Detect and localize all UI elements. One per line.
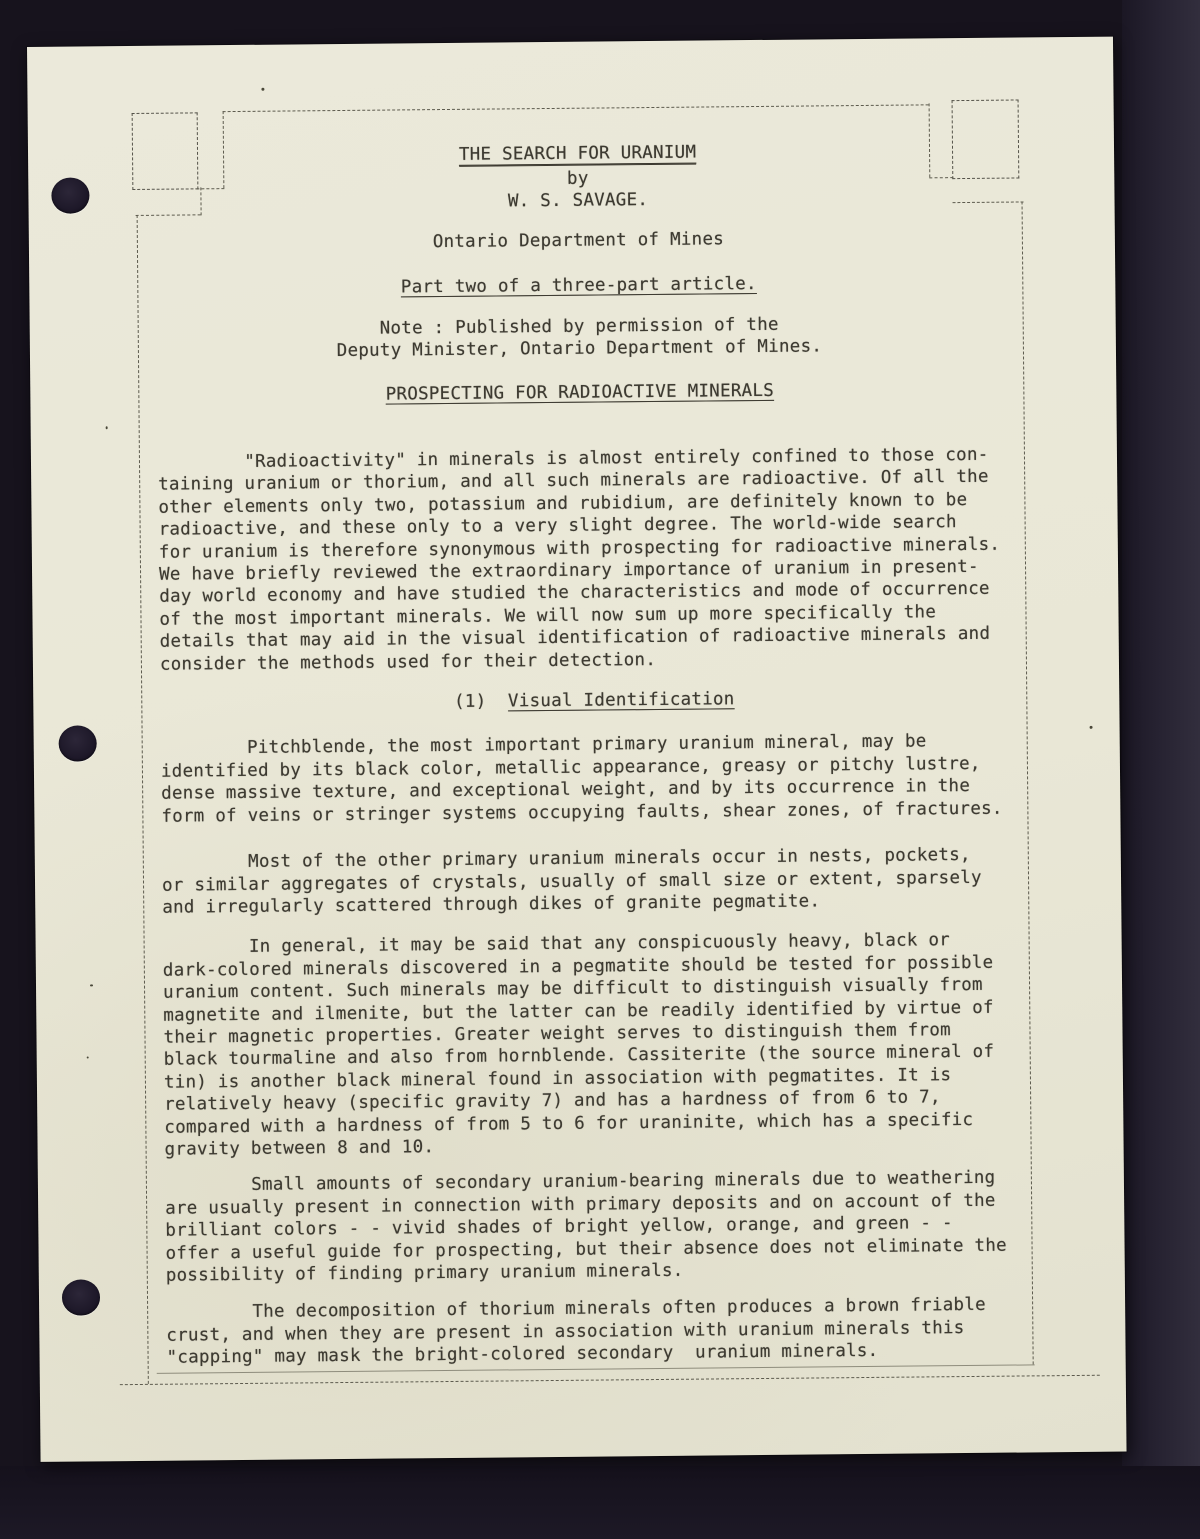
paragraph-3: Most of the other primary uranium minera… <box>162 844 1031 920</box>
photographed-document-page: { "document": { "title": "THE SEARCH FOR… <box>0 0 1200 1539</box>
paragraph-6: The decomposition of thorium minerals of… <box>166 1294 1035 1370</box>
border-bottom-dashed-line <box>120 1375 1100 1385</box>
subsection-heading: (1) Visual Identification <box>160 685 1028 716</box>
photo-background-bottom-band <box>0 1466 1200 1539</box>
punch-hole-top <box>51 177 89 213</box>
article-part-note-text: Part two of a three-part article. <box>401 274 757 297</box>
paragraph-1: "Radioactivity" in minerals is almost en… <box>158 443 1028 675</box>
document-paper-sheet: THE SEARCH FOR URANIUM by W. S. SAVAGE. … <box>27 37 1127 1462</box>
paragraph-5: Small amounts of secondary uranium-beari… <box>165 1167 1034 1287</box>
photo-background-right-band <box>1122 0 1200 1539</box>
punch-hole-bottom <box>62 1279 100 1315</box>
border-left-dashed-line <box>137 215 149 1384</box>
page-title-text: THE SEARCH FOR URANIUM <box>459 143 696 167</box>
article-part-note: Part two of a three-part article. <box>156 271 1001 301</box>
punch-hole-middle <box>59 725 97 761</box>
subsection-title: Visual Identification <box>508 689 735 711</box>
section-heading: PROSPECTING FOR RADIOACTIVE MINERALS <box>157 378 1002 408</box>
paper-speck <box>106 426 108 429</box>
article-body: "Radioactivity" in minerals is almost en… <box>158 443 1035 1369</box>
paper-speck <box>261 88 264 91</box>
border-top-dashed-line <box>223 104 929 112</box>
organization-name: Ontario Department of Mines <box>156 226 1001 256</box>
paragraph-4: In general, it may be said that any cons… <box>163 929 1033 1161</box>
paragraph-2: Pitchblende, the most important primary … <box>161 730 1030 828</box>
paper-speck <box>1090 726 1093 729</box>
section-heading-text: PROSPECTING FOR RADIOACTIVE MINERALS <box>386 381 774 405</box>
paper-speck <box>90 984 93 986</box>
subsection-separator <box>486 691 508 711</box>
paper-speck <box>87 1056 89 1058</box>
subsection-number: (1) <box>454 692 487 712</box>
